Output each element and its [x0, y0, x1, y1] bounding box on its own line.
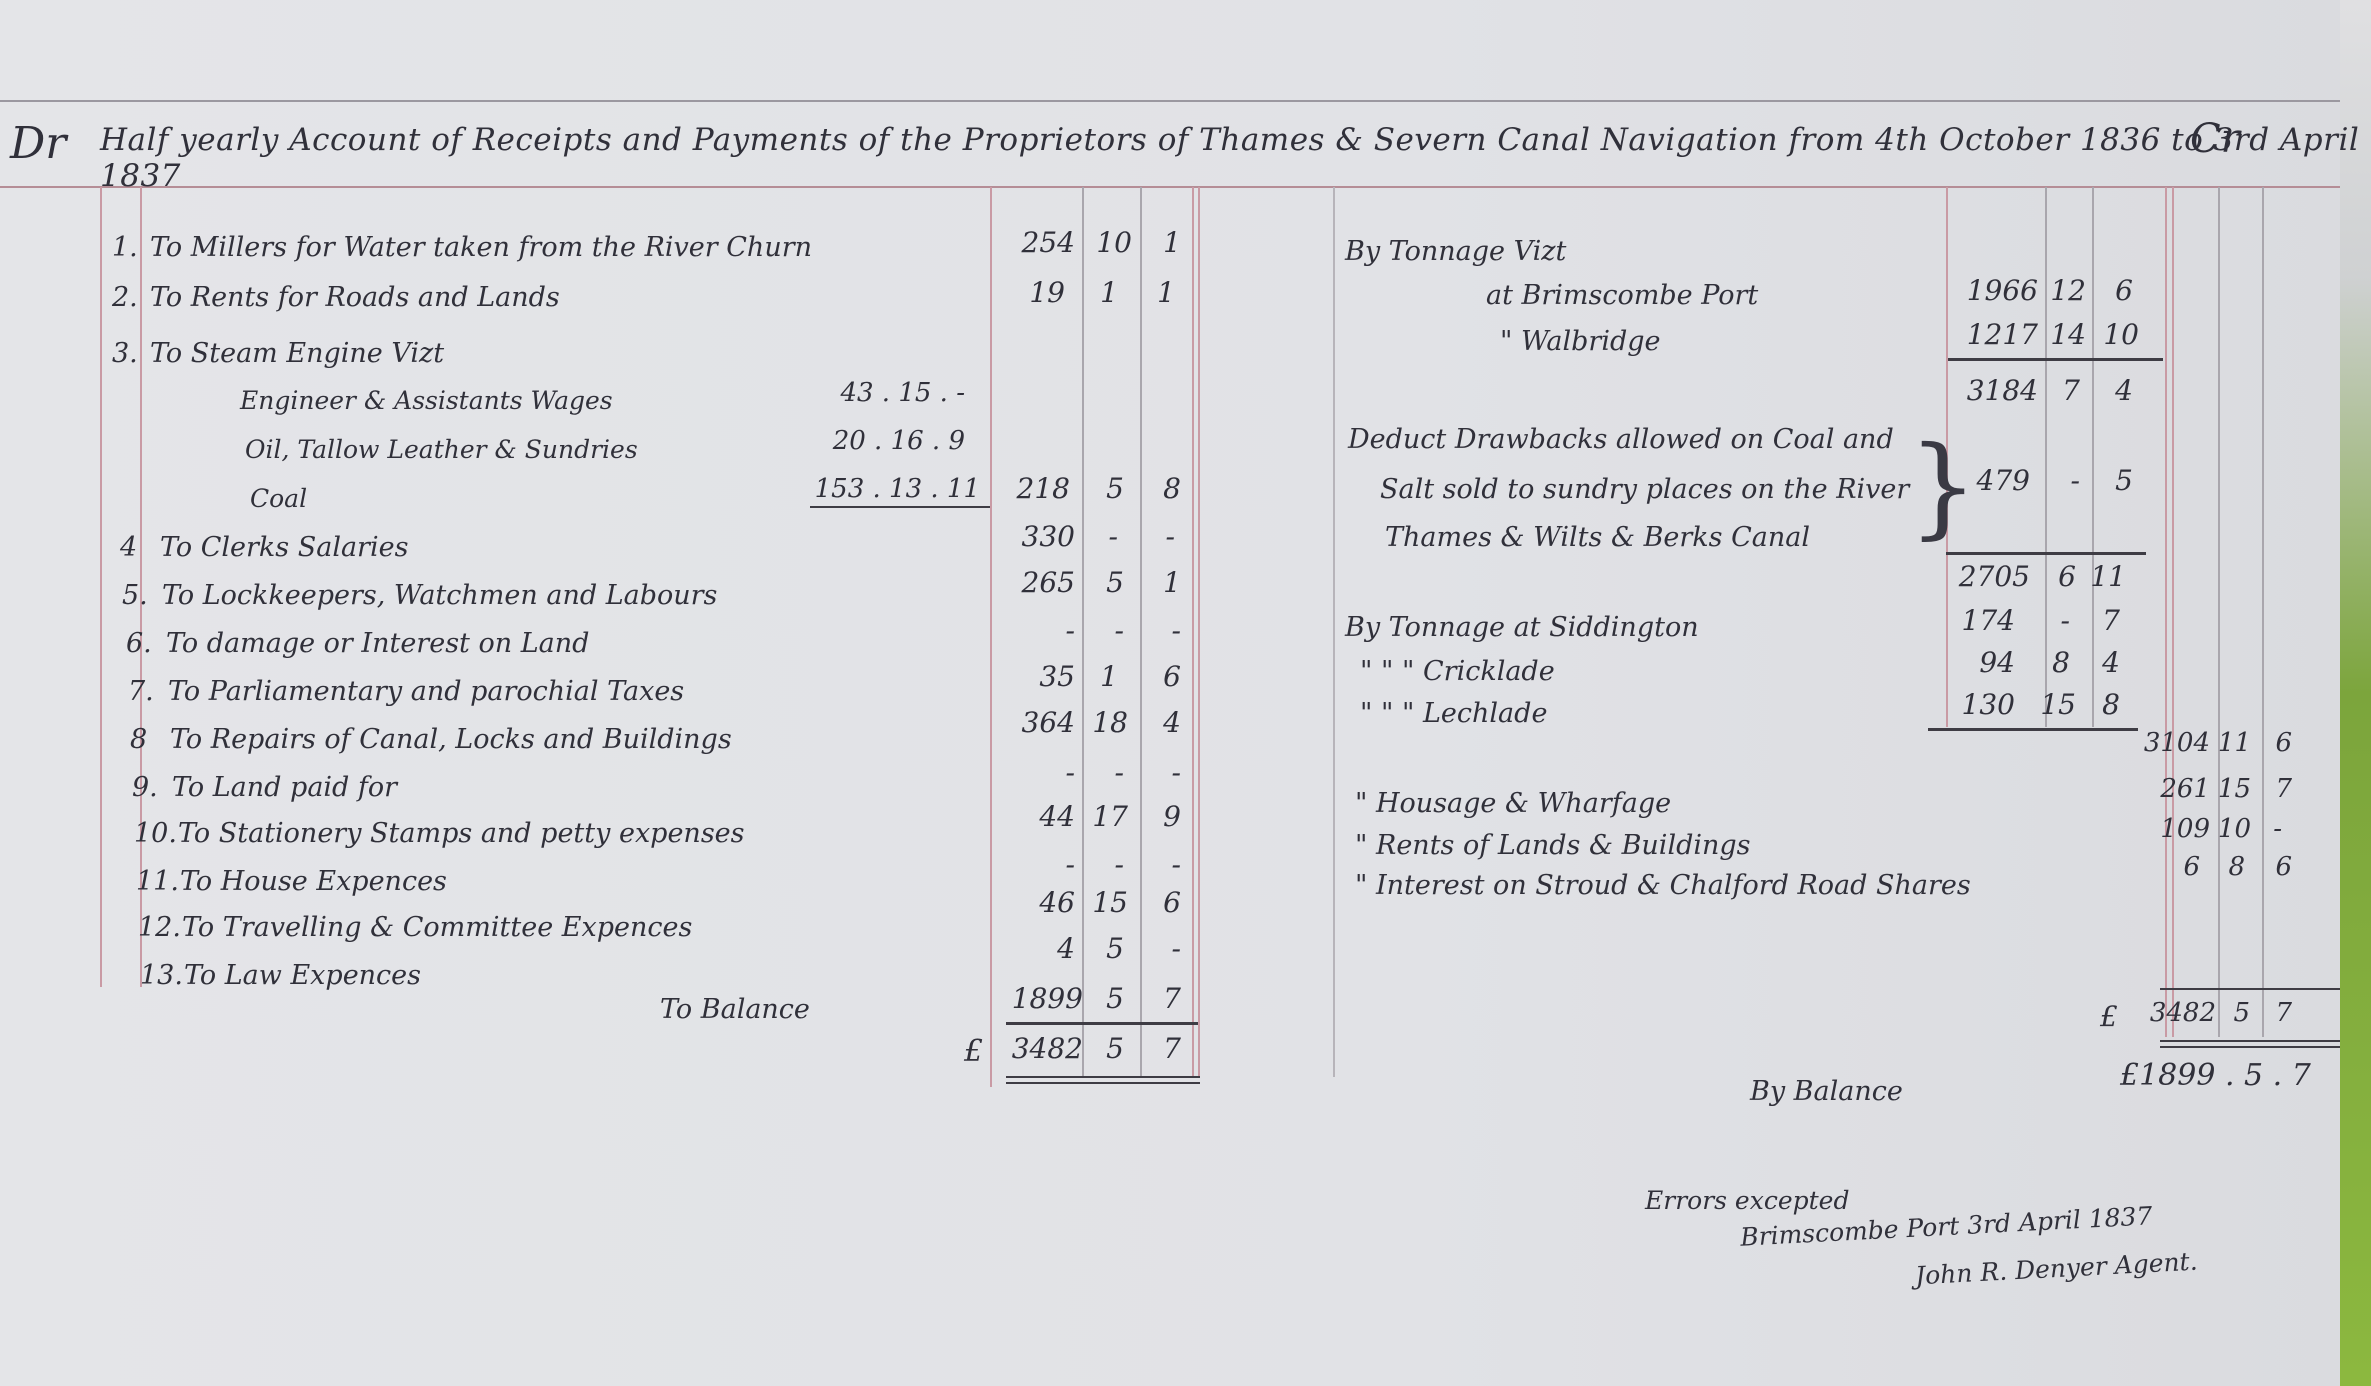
- item-number: 10.: [134, 818, 177, 849]
- shillings-value: 5: [1088, 472, 1124, 505]
- debit-item-label: To House Expences: [180, 866, 447, 897]
- shillings-value: 5: [1088, 566, 1124, 599]
- deduct-line: Thames & Wilts & Berks Canal: [1385, 522, 1810, 553]
- item-number: 11.: [136, 866, 179, 897]
- pence-value: 9: [1145, 800, 1181, 833]
- shillings-value: 18: [1088, 706, 1128, 739]
- shillings-value: 10: [2215, 814, 2251, 844]
- pence-value: 6: [2262, 728, 2292, 758]
- total-rule: [2160, 988, 2340, 990]
- pounds-value: 130: [1935, 688, 2015, 721]
- shillings-value: -: [1088, 520, 1118, 553]
- subtotal-rule: [1928, 728, 2138, 731]
- pounds-value: 1899: [995, 982, 1083, 1015]
- pence-value: 1: [1145, 566, 1181, 599]
- pence-value: -: [1145, 614, 1181, 647]
- shillings-value: 5: [1088, 932, 1124, 965]
- debit-total-shillings: 5: [1088, 1032, 1124, 1065]
- credit-item-label: " Housage & Wharfage: [1355, 788, 1671, 819]
- pounds-value: 479: [1950, 464, 2030, 497]
- credit-total-pounds: 3482: [2140, 998, 2216, 1028]
- credit-outer-shillings-line: [2218, 187, 2220, 1037]
- deduct-line: Deduct Drawbacks allowed on Coal and: [1348, 424, 1894, 455]
- shillings-value: 1: [1088, 660, 1118, 693]
- pound-sign: £: [2100, 1000, 2118, 1033]
- pounds-value: 330: [995, 520, 1075, 553]
- pounds-value: 218: [995, 472, 1070, 505]
- pounds-value: 4: [995, 932, 1075, 965]
- deduct-line: Salt sold to sundry places on the River: [1380, 474, 1909, 505]
- shillings-value: -: [2050, 464, 2080, 497]
- debit-item-label: To damage or Interest on Land: [166, 628, 589, 659]
- pounds-value: 261: [2140, 774, 2210, 804]
- pounds-value: 1966: [1950, 274, 2038, 307]
- debit-item-label: To Clerks Salaries: [160, 532, 408, 563]
- steam-engine-sub-label: Engineer & Assistants Wages: [240, 386, 613, 415]
- total-rule: [1006, 1022, 1198, 1025]
- debit-item-label: To Travelling & Committee Expences: [182, 912, 692, 943]
- shillings-value: -: [1088, 756, 1124, 789]
- double-rule-2: [2160, 1046, 2340, 1048]
- item-number: 3.: [112, 338, 138, 369]
- debit-pounds-line: [990, 187, 992, 1087]
- pence-value: 4: [2090, 646, 2120, 679]
- credit-item-label: " Walbridge: [1500, 326, 1661, 357]
- pounds-value: 174: [1935, 604, 2015, 637]
- subtotal-underline: [810, 506, 990, 508]
- pence-value: 1: [1145, 226, 1181, 259]
- item-number: 4: [120, 532, 137, 563]
- shillings-value: 8: [2215, 852, 2245, 882]
- pence-value: 6: [1145, 886, 1181, 919]
- credit-item-label: " Rents of Lands & Buildings: [1355, 830, 1751, 861]
- credit-item-label: " Interest on Stroud & Chalford Road Sha…: [1355, 870, 1971, 901]
- shillings-value: 7: [2050, 374, 2080, 407]
- credit-item-label: " " " Lechlade: [1360, 698, 1547, 729]
- item-number: 7.: [128, 676, 154, 707]
- pence-value: -: [1145, 848, 1181, 881]
- credit-item-label: By Tonnage at Siddington: [1345, 612, 1699, 643]
- subtotal-rule: [1946, 552, 2146, 555]
- debit-pence-line: [1140, 187, 1142, 1077]
- credit-outer-pounds-line-2: [2172, 187, 2174, 1037]
- pounds-value: 44: [995, 800, 1075, 833]
- pounds-value: 3104: [2140, 728, 2210, 758]
- pence-value: -: [1145, 520, 1175, 553]
- debit-total-pounds: 3482: [995, 1032, 1083, 1065]
- shillings-value: 15: [2040, 688, 2076, 721]
- shillings-value: 11: [2215, 728, 2251, 758]
- top-rule: [0, 100, 2340, 102]
- debit-item-label: To Parliamentary and parochial Taxes: [168, 676, 684, 707]
- steam-engine-sub-label: Coal: [250, 484, 307, 513]
- pence-value: -: [1145, 932, 1181, 965]
- shillings-value: 6: [2040, 560, 2076, 593]
- page-title: Half yearly Account of Receipts and Paym…: [100, 122, 2371, 194]
- pounds-value: 19: [995, 276, 1065, 309]
- pence-value: 6: [1145, 660, 1181, 693]
- pounds-value: 364: [995, 706, 1075, 739]
- shillings-value: -: [2040, 604, 2070, 637]
- pounds-value: 254: [995, 226, 1075, 259]
- credit-tonnage-heading: By Tonnage Vizt: [1345, 236, 1566, 267]
- pence-value: 7: [2090, 604, 2120, 637]
- page-edge-background: [2340, 0, 2371, 1386]
- pence-value: 7: [1145, 982, 1181, 1015]
- steam-engine-sub-amount: 153 . 13 . 11: [790, 474, 980, 504]
- steam-engine-sub-label: Oil, Tallow Leather & Sundries: [245, 435, 638, 464]
- shillings-value: 5: [1088, 982, 1124, 1015]
- pounds-value: -: [995, 848, 1075, 881]
- pence-value: -: [2262, 814, 2282, 844]
- debit-margin-line: [100, 187, 102, 987]
- debit-item-label: To Law Expences: [184, 960, 421, 991]
- shillings-value: -: [1088, 614, 1124, 647]
- steam-engine-sub-amount: 43 . 15 . -: [790, 378, 965, 408]
- pence-value: -: [1145, 756, 1181, 789]
- credit-outer-pence-line: [2262, 187, 2264, 1037]
- debit-item-label: To Steam Engine Vizt: [150, 338, 444, 369]
- shillings-value: 17: [1088, 800, 1128, 833]
- debit-item-label: To Land paid for: [172, 772, 397, 803]
- debit-item-label: To Rents for Roads and Lands: [150, 282, 560, 313]
- pence-value: 11: [2090, 560, 2126, 593]
- pence-value: 4: [1145, 706, 1181, 739]
- shillings-value: 1: [1088, 276, 1118, 309]
- item-number: 12.: [138, 912, 181, 943]
- item-number: 13.: [140, 960, 183, 991]
- pounds-value: 265: [995, 566, 1075, 599]
- shillings-value: 15: [2215, 774, 2251, 804]
- credit-margin-line: [1333, 187, 1335, 1077]
- debit-item-label: To Millers for Water taken from the Rive…: [150, 232, 812, 263]
- pence-value: 8: [1145, 472, 1181, 505]
- steam-engine-sub-amount: 20 . 16 . 9: [790, 426, 965, 456]
- credit-item-label: " " " Cricklade: [1360, 656, 1555, 687]
- shillings-value: 12: [2050, 274, 2086, 307]
- pounds-value: -: [995, 756, 1075, 789]
- credit-balance-label: By Balance: [1750, 1076, 1903, 1107]
- item-number: 1.: [112, 232, 138, 263]
- shillings-value: -: [1088, 848, 1124, 881]
- debit-marker: Dr: [10, 118, 66, 169]
- debit-item-label: To Repairs of Canal, Locks and Buildings: [170, 724, 732, 755]
- item-number: 9.: [132, 772, 158, 803]
- pence-value: 10: [2097, 318, 2139, 351]
- credit-item-label: at Brimscombe Port: [1486, 280, 1758, 311]
- pounds-value: 6: [2140, 852, 2200, 882]
- pounds-value: 35: [995, 660, 1075, 693]
- credit-outer-pounds-line: [2165, 187, 2167, 1037]
- debit-item-label: To Stationery Stamps and petty expenses: [178, 818, 745, 849]
- credit-total-pence: 7: [2262, 998, 2292, 1028]
- credit-marker: Cr: [2190, 116, 2240, 162]
- pence-value: 1: [1145, 276, 1175, 309]
- credit-total-shillings: 5: [2222, 998, 2250, 1028]
- debit-right-line: [1192, 187, 1194, 1077]
- pounds-value: 2705: [1935, 560, 2030, 593]
- pence-value: 7: [2262, 774, 2292, 804]
- pounds-value: 46: [995, 886, 1075, 919]
- pounds-value: 1217: [1950, 318, 2038, 351]
- pence-value: 6: [2262, 852, 2292, 882]
- pounds-value: 109: [2140, 814, 2210, 844]
- debit-shillings-line: [1082, 187, 1084, 1077]
- double-rule-2: [1006, 1082, 1200, 1084]
- errors-excepted-note: Errors excepted: [1645, 1186, 1849, 1215]
- debit-right-line-2: [1198, 187, 1200, 1077]
- item-number: 5.: [122, 580, 148, 611]
- debit-total-pence: 7: [1145, 1032, 1181, 1065]
- pounds-value: 3184: [1950, 374, 2038, 407]
- shillings-value: 8: [2040, 646, 2070, 679]
- shillings-value: 14: [2050, 318, 2086, 351]
- subtotal-rule: [1948, 358, 2163, 361]
- pence-value: 4: [2097, 374, 2133, 407]
- item-number: 8: [130, 724, 147, 755]
- pounds-value: 94: [1935, 646, 2015, 679]
- credit-balance-amount: £1899 . 5 . 7: [2120, 1058, 2311, 1093]
- item-number: 6.: [126, 628, 152, 659]
- pence-value: 5: [2097, 464, 2133, 497]
- pound-sign: £: [964, 1034, 983, 1069]
- double-rule-1: [1006, 1076, 1200, 1078]
- shillings-value: 15: [1088, 886, 1128, 919]
- item-number: 2.: [112, 282, 138, 313]
- debit-balance-label: To Balance: [660, 994, 810, 1025]
- shillings-value: 10: [1088, 226, 1132, 259]
- pounds-value: -: [995, 614, 1075, 647]
- pence-value: 6: [2097, 274, 2133, 307]
- debit-item-label: To Lockkeepers, Watchmen and Labours: [162, 580, 717, 611]
- double-rule-1: [2160, 1040, 2340, 1042]
- pence-value: 8: [2090, 688, 2120, 721]
